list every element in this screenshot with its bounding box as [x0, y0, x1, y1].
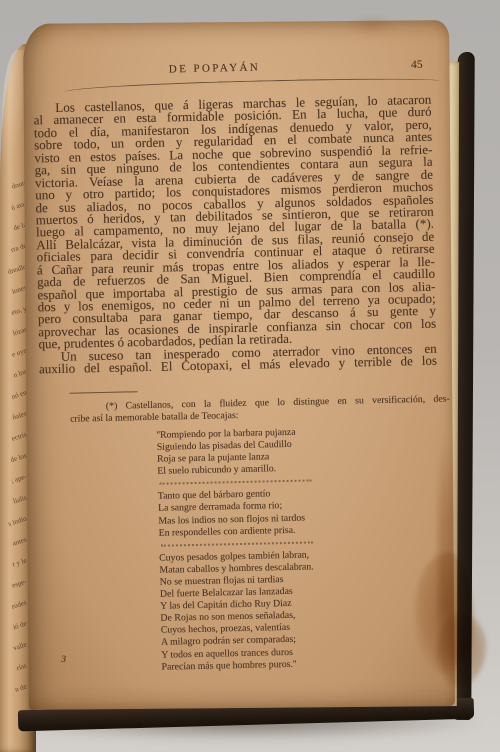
page-number: 45: [411, 59, 423, 71]
stanza-3: Cuyos pesados golpes también labran,Mata…: [159, 546, 456, 673]
paragraph-2: Un suceso tan inesperado como aterrador …: [39, 342, 437, 376]
page-content: DE POPAYÁN 45 Los castellanos, que á lig…: [19, 17, 460, 712]
footnote-separator-rule: [70, 391, 138, 393]
stanza-separator-dots: [161, 541, 313, 546]
photo-background: doutsú ata-de larra dedrealloioneseto, y…: [0, 0, 500, 752]
main-text: Los castellanos, que á ligeras marchas l…: [33, 94, 437, 376]
running-title: DE POPAYÁN: [32, 58, 396, 78]
stanza-1: ''Rompiendo por la barbara pujanzaSiguie…: [156, 423, 451, 478]
stanza-2: Tanto que del bárbaro gentíoLa sangre de…: [158, 485, 453, 540]
stanza-separator-dots: [160, 480, 312, 485]
paragraph-1: Los castellanos, que á ligeras marchas l…: [33, 94, 436, 351]
signature-mark: 3: [61, 655, 66, 665]
verse-block: ''Rompiendo por la barbara pujanzaSiguie…: [156, 423, 455, 673]
book-page: DE POPAYÁN 45 Los castellanos, que á lig…: [23, 20, 455, 710]
footnote: (*) Castellanos, con la fluidez que lo d…: [70, 393, 456, 675]
footnote-intro: (*) Castellanos, con la fluidez que lo d…: [70, 393, 450, 426]
